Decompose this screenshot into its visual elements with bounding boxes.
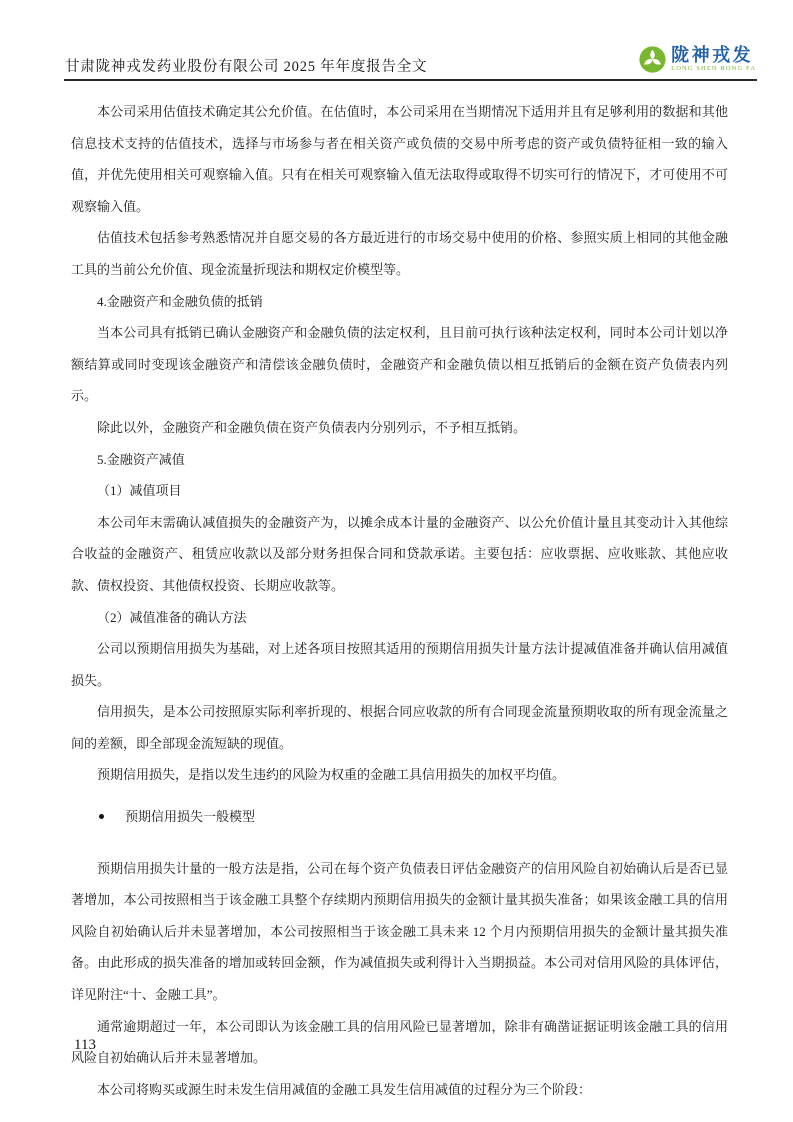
- logo-name-en: LONG SHEN RONG FA: [671, 66, 756, 73]
- document-body: 本公司采用估值技术确定其公允价值。在估值时，本公司采用在当期情况下适用并且有足够…: [71, 96, 728, 1105]
- paragraph: 当本公司具有抵销已确认金融资产和金融负债的法定权利，且目前可执行该种法定权利，同…: [71, 317, 728, 412]
- paragraph: 通常逾期超过一年，本公司即认为该金融工具的信用风险已显著增加，除非有确凿证据证明…: [71, 1011, 728, 1074]
- bullet-icon: [99, 814, 104, 819]
- paragraph: 预期信用损失，是指以发生违约的风险为权重的金融工具信用损失的加权平均值。: [71, 759, 728, 791]
- section-heading: 5.金融资产减值: [71, 444, 728, 476]
- report-page: 甘肃陇神戎发药业股份有限公司 2025 年年度报告全文 陇神戎发 LONG SH…: [0, 0, 793, 1122]
- bullet-label: 预期信用损失一般模型: [125, 809, 255, 824]
- header-rule: [64, 79, 757, 81]
- logo-icon: [639, 46, 666, 73]
- company-logo: 陇神戎发 LONG SHEN RONG FA: [639, 46, 756, 73]
- logo-text: 陇神戎发 LONG SHEN RONG FA: [671, 46, 756, 73]
- paragraph: 本公司将购买或源生时未发生信用减值的金融工具发生信用减值的过程分为三个阶段：: [71, 1074, 728, 1106]
- logo-name-cn: 陇神戎发: [671, 46, 756, 64]
- page-header: 甘肃陇神戎发药业股份有限公司 2025 年年度报告全文 陇神戎发 LONG SH…: [64, 44, 758, 80]
- paragraph: 本公司年末需确认减值损失的金融资产为，以摊余成本计量的金融资产、以公允价值计量且…: [71, 507, 728, 602]
- bullet-item: 预期信用损失一般模型: [71, 801, 728, 833]
- paragraph: 预期信用损失计量的一般方法是指，公司在每个资产负债表日评估金融资产的信用风险自初…: [71, 853, 728, 1011]
- header-title: 甘肃陇神戎发药业股份有限公司 2025 年年度报告全文: [65, 55, 427, 76]
- paragraph: 信用损失，是本公司按照原实际利率折现的、根据合同应收款的所有合同现金流量预期收取…: [71, 696, 728, 759]
- paragraph: 除此以外，金融资产和金融负债在资产负债表内分别列示，不予相互抵销。: [71, 412, 728, 444]
- paragraph: 估值技术包括参考熟悉情况并自愿交易的各方最近进行的市场交易中使用的价格、参照实质…: [71, 222, 728, 285]
- paragraph: 公司以预期信用损失为基础，对上述各项目按照其适用的预期信用损失计量方法计提减值准…: [71, 633, 728, 696]
- subsection-heading: （1）减值项目: [71, 475, 728, 507]
- subsection-heading: （2）减值准备的确认方法: [71, 602, 728, 634]
- page-number: 113: [74, 1037, 96, 1054]
- section-heading: 4.金融资产和金融负债的抵销: [71, 286, 728, 318]
- paragraph: 本公司采用估值技术确定其公允价值。在估值时，本公司采用在当期情况下适用并且有足够…: [71, 96, 728, 222]
